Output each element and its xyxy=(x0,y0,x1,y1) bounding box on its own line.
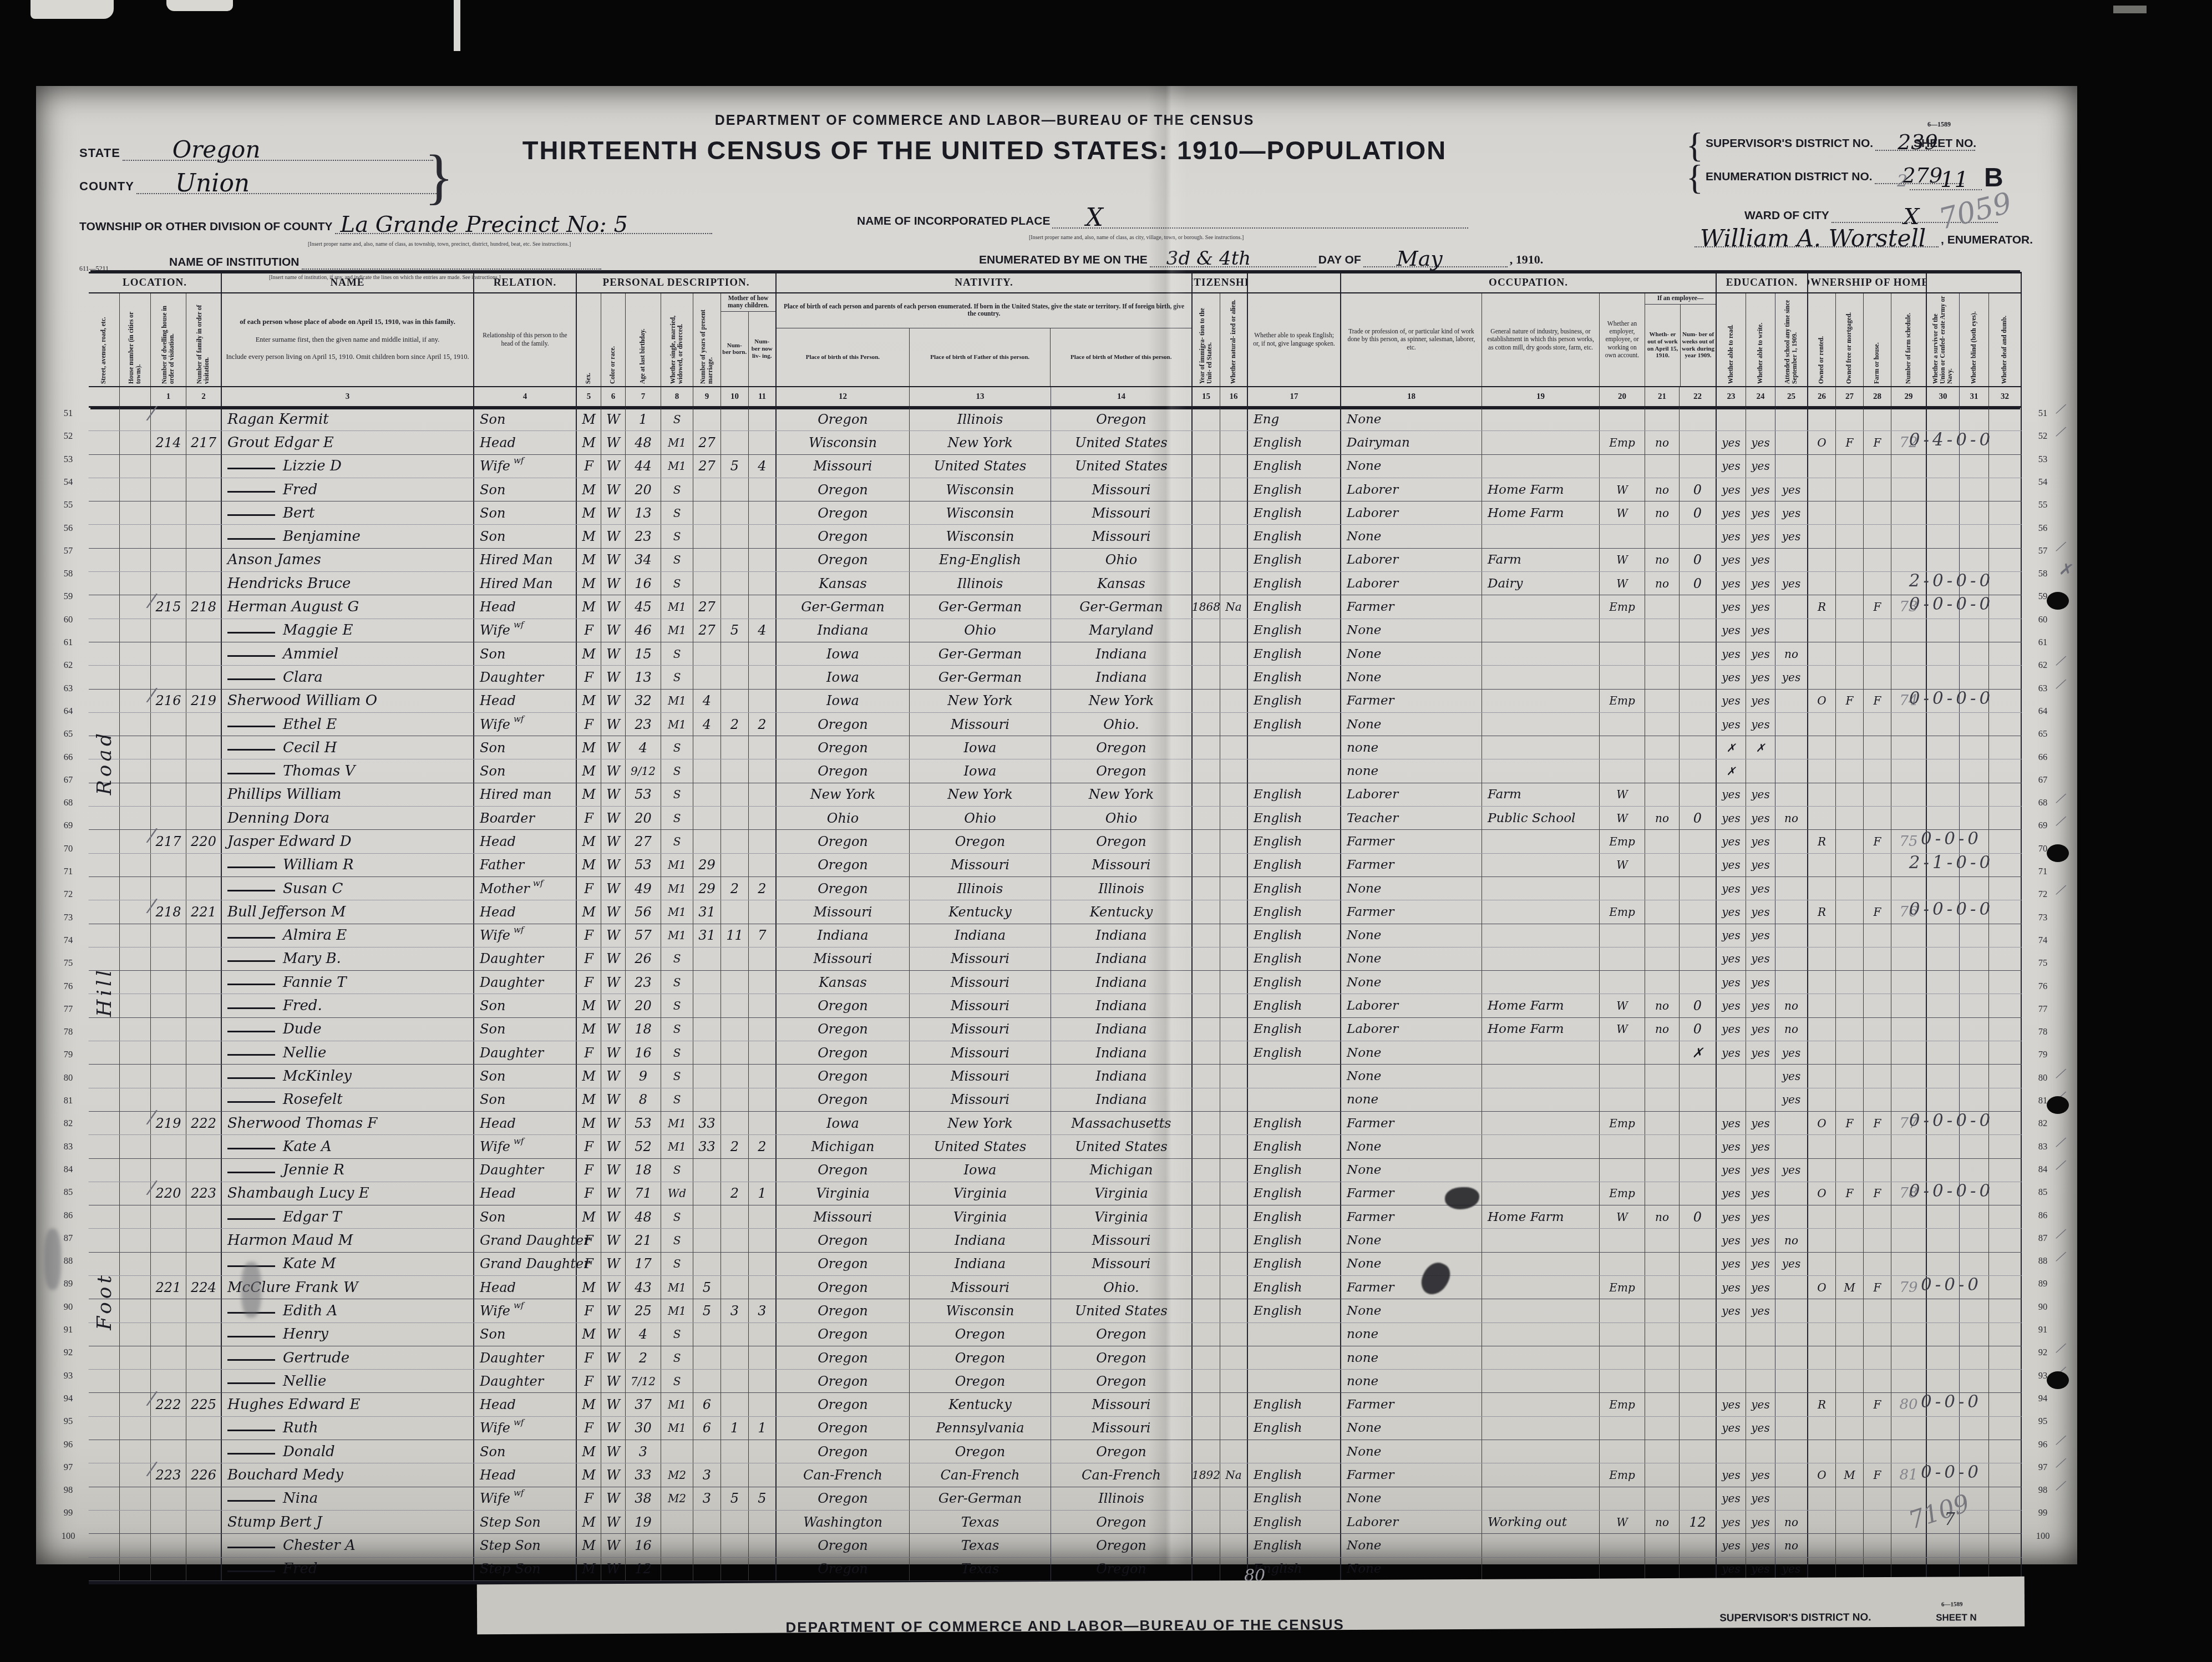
column-label-d: Number of dwelling house in order of vis… xyxy=(151,293,186,386)
cell-race: W xyxy=(601,1088,626,1111)
cell-v30 xyxy=(1927,1253,1960,1275)
cell-wk xyxy=(1680,431,1717,454)
cell-ind xyxy=(1482,1112,1600,1134)
cell-d: 217∕ xyxy=(151,830,186,853)
cell-rel: Son xyxy=(474,501,577,524)
cell-rd: yes xyxy=(1717,994,1746,1017)
cell-na xyxy=(1220,1065,1248,1087)
column-label-sc: Attended school any time since September… xyxy=(1775,293,1808,386)
cell-cb: 5 xyxy=(721,455,749,478)
cell-age: 19 xyxy=(626,1511,661,1533)
cell-ind xyxy=(1482,642,1600,665)
cell-wk xyxy=(1680,1463,1717,1486)
cell-cb xyxy=(721,1370,749,1392)
cell-d32 xyxy=(1989,666,2022,688)
cell-sc: yes xyxy=(1775,572,1808,595)
table-column-labels: Street, avenue, road, etc.House number (… xyxy=(89,293,2022,387)
line-number-left: 68 xyxy=(52,797,85,808)
cell-pf: Oregon xyxy=(910,830,1051,853)
cell-emp xyxy=(1600,1487,1645,1510)
cell-d32 xyxy=(1989,1440,2022,1463)
line-number-right: 78 xyxy=(2026,1026,2059,1037)
cell-d32 xyxy=(1989,1018,2022,1041)
cell-rel: Head xyxy=(474,690,577,712)
cell-name: Stump Bert J xyxy=(222,1511,474,1533)
cell-pm: Indiana xyxy=(1051,1041,1193,1064)
column-label-d32: Whether deaf and dumb. xyxy=(1989,293,2022,386)
line-number-left: 76 xyxy=(52,981,85,992)
cell-wk xyxy=(1680,924,1717,947)
cell-o27 xyxy=(1836,619,1864,642)
cell-age: 20 xyxy=(626,807,661,829)
cell-ow xyxy=(1645,1370,1680,1392)
cell-pm: Indiana xyxy=(1051,642,1193,665)
cell-o27 xyxy=(1836,1370,1864,1392)
cell-rd: yes xyxy=(1717,1229,1746,1251)
cell-lg xyxy=(1248,736,1341,759)
cell-pb: Oregon xyxy=(777,1370,910,1392)
cell-ind: Working out xyxy=(1482,1511,1600,1533)
cell-age: 71 xyxy=(626,1182,661,1205)
cell-lg: English xyxy=(1248,1018,1341,1041)
cell-im xyxy=(1193,525,1220,548)
cell-sex: F xyxy=(577,947,601,970)
cell-emp xyxy=(1600,924,1645,947)
cell-pm: Oregon xyxy=(1051,408,1193,430)
cell-rd: yes xyxy=(1717,783,1746,806)
cell-oc: Laborer xyxy=(1341,478,1482,501)
cell-rd: yes xyxy=(1717,690,1746,712)
cell-sex: M xyxy=(577,642,601,665)
cell-oc: None xyxy=(1341,455,1482,478)
cell-im xyxy=(1193,1135,1220,1158)
cell-b31 xyxy=(1960,1205,1989,1228)
cell-b31 xyxy=(1960,994,1989,1017)
cell-d xyxy=(151,1065,186,1087)
cell-ow xyxy=(1645,525,1680,548)
line-number-right: 54 xyxy=(2026,477,2059,488)
line-number-left: 99 xyxy=(52,1507,85,1518)
cell-house xyxy=(120,1417,151,1440)
cell-sex: M xyxy=(577,1205,601,1228)
cell-o28 xyxy=(1864,1159,1891,1182)
cell-rel: Step Son xyxy=(474,1558,577,1580)
cell-v30 xyxy=(1927,572,1960,595)
cell-o28: F xyxy=(1864,830,1891,853)
column-number-2: 2 xyxy=(186,387,222,406)
cell-o29 xyxy=(1891,807,1927,829)
column-label-street: Street, avenue, road, etc. xyxy=(89,293,120,386)
cell-cb: 2 xyxy=(721,713,749,736)
cell-v30 xyxy=(1927,994,1960,1017)
cell-cl xyxy=(749,525,777,548)
cell-mar xyxy=(661,1511,693,1533)
group-header: EDUCATION. xyxy=(1717,273,1808,292)
cell-o26 xyxy=(1808,1088,1836,1111)
cell-o29 xyxy=(1891,713,1927,736)
column-label-o26: Owned or rented. xyxy=(1808,293,1836,386)
cell-oc: Laborer xyxy=(1341,1511,1482,1533)
cell-rd: yes xyxy=(1717,525,1746,548)
cell-wk xyxy=(1680,1323,1717,1346)
cell-na xyxy=(1220,619,1248,642)
cell-lg: English xyxy=(1248,1417,1341,1440)
cell-o26 xyxy=(1808,572,1836,595)
cell-cl xyxy=(749,900,777,923)
cell-d32 xyxy=(1989,1463,2022,1486)
column-number-14: 14 xyxy=(1051,387,1193,406)
cell-f: 224 xyxy=(186,1276,222,1299)
cell-emp xyxy=(1600,713,1645,736)
cell-race: W xyxy=(601,619,626,642)
cell-d32 xyxy=(1989,408,2022,430)
cell-name: Ruth xyxy=(222,1417,474,1440)
line-number-left: 66 xyxy=(52,752,85,763)
cell-wr: yes xyxy=(1746,1253,1775,1275)
cell-pm: Virginia xyxy=(1051,1205,1193,1228)
cell-cb xyxy=(721,759,749,782)
cell-race: W xyxy=(601,807,626,829)
cell-cb: 2 xyxy=(721,1135,749,1158)
cell-o27 xyxy=(1836,1229,1864,1251)
cell-ind xyxy=(1482,1370,1600,1392)
cell-emp xyxy=(1600,1135,1645,1158)
cell-cb xyxy=(721,549,749,571)
column-label-race: Color or race. xyxy=(601,293,626,386)
cell-cl xyxy=(749,1440,777,1463)
cell-pb: Oregon xyxy=(777,1393,910,1416)
cell-ym: 29 xyxy=(693,877,721,900)
cell-race: W xyxy=(601,572,626,595)
cell-cl xyxy=(749,501,777,524)
cell-ind xyxy=(1482,1182,1600,1205)
cell-wr: yes xyxy=(1746,1205,1775,1228)
cell-mar: S xyxy=(661,478,693,501)
cell-na xyxy=(1220,408,1248,430)
cell-ind xyxy=(1482,619,1600,642)
cell-house xyxy=(120,830,151,853)
table-body: ∕Ragan KermitSonMW1SOregonIllinoisOregon… xyxy=(89,408,2022,1584)
column-number-17: 17 xyxy=(1248,387,1341,406)
cell-emp xyxy=(1600,1534,1645,1557)
cell-mar: S xyxy=(661,1323,693,1346)
cell-ow xyxy=(1645,1323,1680,1346)
column-number-23: 23 xyxy=(1717,387,1746,406)
cell-house xyxy=(120,525,151,548)
cell-f xyxy=(186,549,222,571)
cell-im xyxy=(1193,1112,1220,1134)
cell-ym xyxy=(693,1088,721,1111)
cell-ym xyxy=(693,501,721,524)
cell-wk: 0 xyxy=(1680,994,1717,1017)
cell-o28 xyxy=(1864,619,1891,642)
cell-sc xyxy=(1775,736,1808,759)
cell-o26 xyxy=(1808,947,1836,970)
cell-o28 xyxy=(1864,1534,1891,1557)
cell-ow: no xyxy=(1645,572,1680,595)
cell-pm: Indiana xyxy=(1051,971,1193,994)
cell-cl xyxy=(749,971,777,994)
cell-f xyxy=(186,642,222,665)
cell-d32 xyxy=(1989,924,2022,947)
cell-age: 53 xyxy=(626,783,661,806)
cell-sc xyxy=(1775,854,1808,876)
table-row: GertrudeDaughterFW2SOregonOregonOregonno… xyxy=(89,1346,2022,1370)
cell-d xyxy=(151,1253,186,1275)
cell-d32 xyxy=(1989,478,2022,501)
cell-wk xyxy=(1680,830,1717,853)
cell-o27 xyxy=(1836,1534,1864,1557)
group-header xyxy=(1248,273,1341,292)
cell-o26 xyxy=(1808,1253,1836,1275)
cell-b31 xyxy=(1960,830,1989,853)
cell-oc: None xyxy=(1341,947,1482,970)
cell-f xyxy=(186,478,222,501)
cell-o27 xyxy=(1836,994,1864,1017)
cell-house xyxy=(120,1135,151,1158)
cell-cl xyxy=(749,783,777,806)
cell-name: Fred xyxy=(222,1558,474,1580)
table-row: FredSonMW20SOregonWisconsinMissouriEngli… xyxy=(89,478,2022,501)
cell-race: W xyxy=(601,1159,626,1182)
cell-pb: Iowa xyxy=(777,642,910,665)
cell-lg: English xyxy=(1248,1135,1341,1158)
cell-emp: Emp xyxy=(1600,900,1645,923)
cell-age: 23 xyxy=(626,525,661,548)
cell-im xyxy=(1193,830,1220,853)
cell-ind xyxy=(1482,455,1600,478)
cell-wr: yes xyxy=(1746,854,1775,876)
cell-rd: yes xyxy=(1717,1558,1746,1580)
cell-emp xyxy=(1600,1370,1645,1392)
cell-o27 xyxy=(1836,830,1864,853)
line-number-left: 90 xyxy=(52,1301,85,1313)
cell-house xyxy=(120,455,151,478)
line-number-left: 93 xyxy=(52,1370,85,1381)
cell-im xyxy=(1193,1417,1220,1440)
cell-lg: English xyxy=(1248,525,1341,548)
cell-pm: Indiana xyxy=(1051,1088,1193,1111)
cell-o27 xyxy=(1836,713,1864,736)
cell-na xyxy=(1220,759,1248,782)
cell-race: W xyxy=(601,924,626,947)
cell-f: 219 xyxy=(186,690,222,712)
cell-emp xyxy=(1600,642,1645,665)
cell-o28 xyxy=(1864,713,1891,736)
cell-sex: M xyxy=(577,690,601,712)
cell-house xyxy=(120,736,151,759)
cell-cb xyxy=(721,478,749,501)
cell-rd: yes xyxy=(1717,1205,1746,1228)
line-number-left: 82 xyxy=(52,1118,85,1129)
column-number-26: 26 xyxy=(1808,387,1836,406)
cell-ym xyxy=(693,1558,721,1580)
cell-d xyxy=(151,1229,186,1251)
enumerated-label: Enumerated by me on the xyxy=(979,254,1148,266)
group-header: OCCUPATION. xyxy=(1341,273,1717,292)
cell-wk xyxy=(1680,713,1717,736)
cell-house xyxy=(120,1018,151,1041)
cell-sc xyxy=(1775,1276,1808,1299)
cell-im xyxy=(1193,1253,1220,1275)
cell-o29 xyxy=(1891,549,1927,571)
cell-lg: English xyxy=(1248,501,1341,524)
cell-cb xyxy=(721,994,749,1017)
cell-pf: Ger-German xyxy=(910,595,1051,618)
cell-im xyxy=(1193,1088,1220,1111)
cell-rel: Son xyxy=(474,1088,577,1111)
cell-pm: United States xyxy=(1051,1299,1193,1322)
cell-rel: Head xyxy=(474,900,577,923)
table-row: Kate MGrand DaughterFW17SOregonIndianaMi… xyxy=(89,1253,2022,1276)
cell-cb: 1 xyxy=(721,1417,749,1440)
cell-im xyxy=(1193,900,1220,923)
cell-ind: Public School xyxy=(1482,807,1600,829)
cell-cl xyxy=(749,549,777,571)
cell-pb: Missouri xyxy=(777,455,910,478)
cell-wk xyxy=(1680,1276,1717,1299)
cell-o28 xyxy=(1864,1253,1891,1275)
cell-o29 xyxy=(1891,1229,1927,1251)
cell-o27 xyxy=(1836,549,1864,571)
cell-rel: Son xyxy=(474,1065,577,1087)
cell-house xyxy=(120,1276,151,1299)
cell-sc: yes xyxy=(1775,1065,1808,1087)
cell-v30 xyxy=(1927,1112,1960,1134)
cell-ym: 3 xyxy=(693,1463,721,1486)
cell-o27 xyxy=(1836,501,1864,524)
cell-sc xyxy=(1775,1393,1808,1416)
cell-oc: None xyxy=(1341,1065,1482,1087)
cell-f xyxy=(186,1065,222,1087)
cell-pm: Indiana xyxy=(1051,666,1193,688)
cell-na xyxy=(1220,501,1248,524)
cell-pm: Missouri xyxy=(1051,1393,1193,1416)
line-number-right: 73 xyxy=(2026,912,2059,923)
cell-cb xyxy=(721,1205,749,1228)
cell-pb: Can-French xyxy=(777,1463,910,1486)
table-row: NellieDaughterFW7/12SOregonOregonOregonn… xyxy=(89,1370,2022,1393)
cell-b31 xyxy=(1960,1229,1989,1251)
cell-age: 23 xyxy=(626,971,661,994)
cell-o27 xyxy=(1836,1417,1864,1440)
place-value: X xyxy=(1085,204,1103,232)
cell-d32 xyxy=(1989,1205,2022,1228)
cell-cl xyxy=(749,666,777,688)
cell-pb: Oregon xyxy=(777,1253,910,1275)
cell-b31 xyxy=(1960,1393,1989,1416)
column-number-house xyxy=(120,387,151,406)
table-row: DudeSonMW18SOregonMissouriIndianaEnglish… xyxy=(89,1018,2022,1041)
cell-wk xyxy=(1680,1088,1717,1111)
cell-pm: Oregon xyxy=(1051,1558,1193,1580)
cell-ind xyxy=(1482,1346,1600,1369)
cell-name: Rosefelt xyxy=(222,1088,474,1111)
cell-o26 xyxy=(1808,807,1836,829)
cell-o26 xyxy=(1808,1229,1836,1251)
cell-street xyxy=(89,525,120,548)
cell-d xyxy=(151,1511,186,1533)
cell-ind: Home Farm xyxy=(1482,478,1600,501)
cell-oc: None xyxy=(1341,1558,1482,1580)
cell-na xyxy=(1220,1229,1248,1251)
cell-race: W xyxy=(601,947,626,970)
cell-f: 217 xyxy=(186,431,222,454)
cell-o29 xyxy=(1891,1346,1927,1369)
cell-sex: M xyxy=(577,736,601,759)
cell-im xyxy=(1193,501,1220,524)
line-number-right: 95 xyxy=(2026,1416,2059,1427)
cell-mar: M1 xyxy=(661,619,693,642)
smudge xyxy=(241,1262,261,1318)
cell-cl xyxy=(749,1323,777,1346)
cell-oc: None xyxy=(1341,713,1482,736)
cell-sex: M xyxy=(577,501,601,524)
cell-cb xyxy=(721,1253,749,1275)
cell-pm: Massachusetts xyxy=(1051,1112,1193,1134)
cell-na xyxy=(1220,783,1248,806)
supervisor-district-label: Supervisor's District No. xyxy=(1706,137,1873,150)
cell-o26 xyxy=(1808,1487,1836,1510)
cell-cl xyxy=(749,1558,777,1580)
cell-im xyxy=(1193,1299,1220,1322)
cell-sc: no xyxy=(1775,642,1808,665)
cell-rd: yes xyxy=(1717,572,1746,595)
cell-wk xyxy=(1680,408,1717,430)
cell-lg: English xyxy=(1248,924,1341,947)
cell-race: W xyxy=(601,900,626,923)
cell-wk: ✗ xyxy=(1680,1041,1717,1064)
line-number-right: 61 xyxy=(2026,637,2059,648)
cell-sc: no xyxy=(1775,1534,1808,1557)
cell-o28 xyxy=(1864,994,1891,1017)
cell-lg: English xyxy=(1248,595,1341,618)
cell-wr xyxy=(1746,759,1775,782)
cell-f xyxy=(186,1346,222,1369)
table-row: ClaraDaughterFW13SIowaGer-GermanIndianaE… xyxy=(89,666,2022,689)
cell-sex: F xyxy=(577,1135,601,1158)
line-number-left: 63 xyxy=(52,683,85,694)
cell-oc: Farmer xyxy=(1341,900,1482,923)
cell-house xyxy=(120,431,151,454)
cell-o28 xyxy=(1864,642,1891,665)
cell-street xyxy=(89,1463,120,1486)
line-number-right: 56 xyxy=(2026,523,2059,534)
cell-name: Nina xyxy=(222,1487,474,1510)
cell-age: 17 xyxy=(626,1253,661,1275)
cell-oc: none xyxy=(1341,759,1482,782)
table-row: BertSonMW13SOregonWisconsinMissouriEngli… xyxy=(89,501,2022,525)
cell-ind xyxy=(1482,1323,1600,1346)
cell-na xyxy=(1220,431,1248,454)
cell-pm: Indiana xyxy=(1051,1018,1193,1041)
cell-b31 xyxy=(1960,759,1989,782)
cell-v30 xyxy=(1927,455,1960,478)
cell-d32 xyxy=(1989,900,2022,923)
cell-sc xyxy=(1775,619,1808,642)
cell-house xyxy=(120,408,151,430)
cell-na xyxy=(1220,1487,1248,1510)
cell-emp: Emp xyxy=(1600,1182,1645,1205)
cell-o28 xyxy=(1864,549,1891,571)
cell-d32 xyxy=(1989,1159,2022,1182)
cell-o27 xyxy=(1836,924,1864,947)
table-row: Edgar TSonMW48SMissouriVirginiaVirginiaE… xyxy=(89,1205,2022,1229)
cell-sc: yes xyxy=(1775,1159,1808,1182)
cell-pb: Oregon xyxy=(777,1417,910,1440)
cell-cb xyxy=(721,642,749,665)
cell-o29 xyxy=(1891,1041,1927,1064)
